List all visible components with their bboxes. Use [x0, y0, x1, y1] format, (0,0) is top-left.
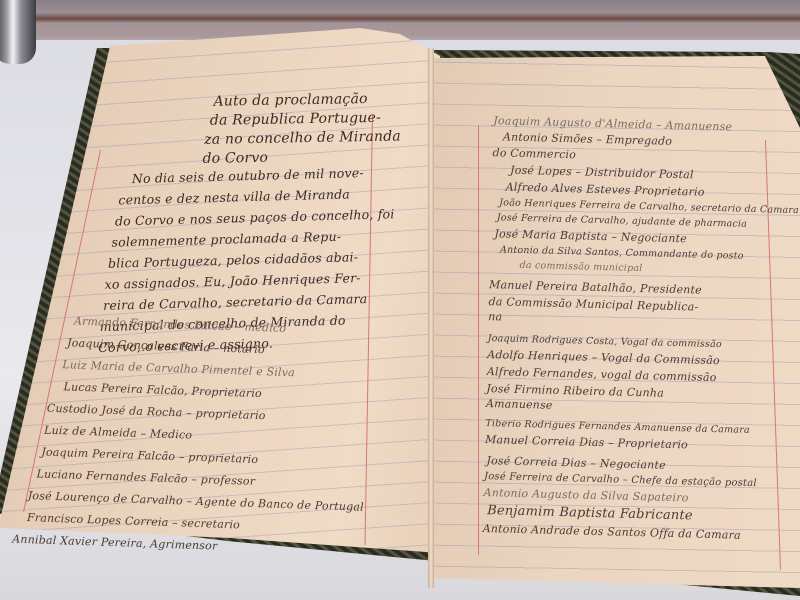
- signature: Francisco Lopes Correia – secretario: [27, 511, 364, 536]
- metal-cylinder-object: [0, 0, 36, 64]
- body-line: do Corvo e nos seus paços do concelho, f…: [115, 206, 395, 228]
- right-signatures: Joaquim Augusto d'Almeida – Amanuense An…: [483, 114, 794, 543]
- signature: Luiz Maria de Carvalho Pimentel e Silva: [62, 358, 399, 383]
- book-gutter: [428, 48, 434, 588]
- body-line: solemnemente proclamada a Repu-: [111, 227, 391, 249]
- title-line: za no concelho de Miranda: [204, 128, 401, 147]
- title-line: da Republica Portugue-: [210, 109, 407, 128]
- title-line: Auto da proclamação: [213, 90, 410, 109]
- body-line: centos e dez nesta villa de Miranda: [118, 185, 398, 207]
- left-signatures: Armando Fernandes Falcão – medico Joaqui…: [56, 314, 400, 559]
- body-line: xo assignados. Eu, João Henriques Fer-: [104, 270, 384, 292]
- body-line: reira de Carvalho, secretario da Camara: [103, 291, 383, 313]
- signature: Luiz de Almeida – Medico: [44, 424, 381, 449]
- signature: José Lourenço de Carvalho – Agente do Ba…: [28, 489, 365, 514]
- document-title: Auto da proclamação da Republica Portugu…: [213, 90, 411, 166]
- signature: Joaquim Pereira Falcão – proprietario: [41, 445, 378, 470]
- signature: Joaquim Gonçalves Faria – notario: [67, 336, 404, 361]
- right-page-margin-left: [478, 125, 479, 555]
- signature: Luciano Fernandes Falcão – professor: [36, 467, 373, 492]
- signature: Manuel Correia Dias – Proprietario: [485, 433, 785, 454]
- signature: Custodio José da Rocha – proprietario: [47, 402, 384, 427]
- body-line: blica Portugueza, pelos cidadãos abai-: [108, 248, 388, 270]
- signature: da commissão municipal: [519, 260, 800, 279]
- signature: Lucas Pereira Falcão, Proprietario: [63, 380, 400, 405]
